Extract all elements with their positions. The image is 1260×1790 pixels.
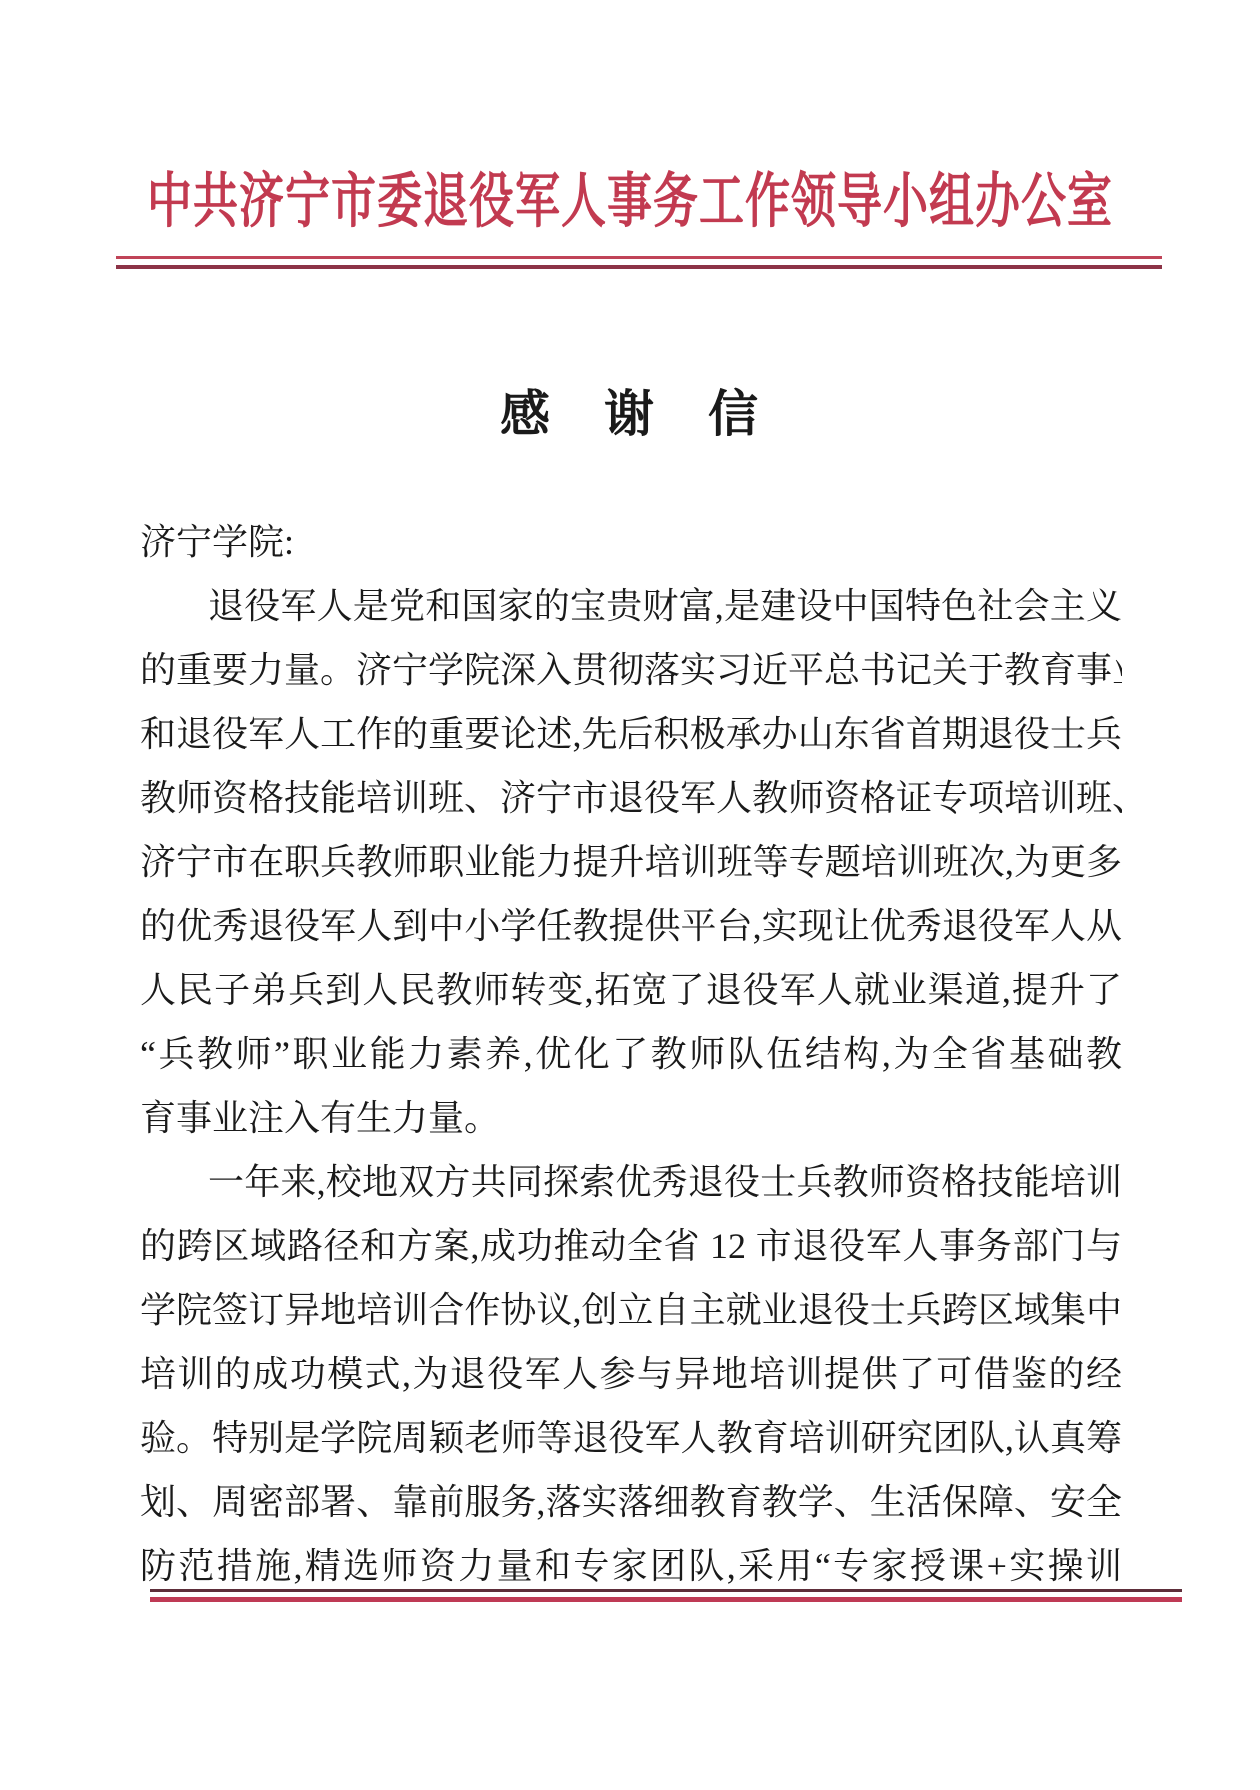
document-title: 感 谢 信 (0, 374, 1260, 446)
footer-rule-thick (150, 1597, 1182, 1602)
body-line: 人民子弟兵到人民教师转变,拓宽了退役军人就业渠道,提升了 (140, 958, 1122, 1022)
body-line: 的重要力量。济宁学院深入贯彻落实习近平总书记关于教育事业 (140, 638, 1122, 702)
body-line: 育事业注入有生力量。 (140, 1086, 1122, 1150)
body-line: 学院签订异地培训合作协议,创立自主就业退役士兵跨区域集中 (140, 1278, 1122, 1342)
letter-body: 济宁学院: 退役军人是党和国家的宝贵财富,是建设中国特色社会主义 的重要力量。济… (140, 510, 1122, 1598)
body-line: 退役军人是党和国家的宝贵财富,是建设中国特色社会主义 (140, 574, 1122, 638)
letterhead-title: 中共济宁市委退役军人事务工作领导小组办公室 (0, 153, 1260, 239)
body-line: “兵教师”职业能力素养,优化了教师队伍结构,为全省基础教 (140, 1022, 1122, 1086)
body-line: 的优秀退役军人到中小学任教提供平台,实现让优秀退役军人从 (140, 894, 1122, 958)
header-rule-thick (116, 265, 1162, 269)
letter-page: 中共济宁市委退役军人事务工作领导小组办公室 感 谢 信 济宁学院: 退役军人是党… (0, 0, 1260, 1790)
body-line: 的跨区域路径和方案,成功推动全省 12 市退役军人事务部门与 (140, 1214, 1122, 1278)
body-line: 培训的成功模式,为退役军人参与异地培训提供了可借鉴的经 (140, 1342, 1122, 1406)
header-rule-thin (116, 256, 1162, 259)
body-line: 教师资格技能培训班、济宁市退役军人教师资格证专项培训班、 (140, 766, 1122, 830)
body-line: 划、周密部署、靠前服务,落实落细教育教学、生活保障、安全 (140, 1470, 1122, 1534)
body-line: 济宁市在职兵教师职业能力提升培训班等专题培训班次,为更多 (140, 830, 1122, 894)
body-line: 验。特别是学院周颖老师等退役军人教育培训研究团队,认真筹 (140, 1406, 1122, 1470)
body-line: 和退役军人工作的重要论述,先后积极承办山东省首期退役士兵 (140, 702, 1122, 766)
salutation: 济宁学院: (140, 510, 1122, 574)
body-line: 一年来,校地双方共同探索优秀退役士兵教师资格技能培训 (140, 1150, 1122, 1214)
footer-rule-thin (150, 1589, 1182, 1592)
